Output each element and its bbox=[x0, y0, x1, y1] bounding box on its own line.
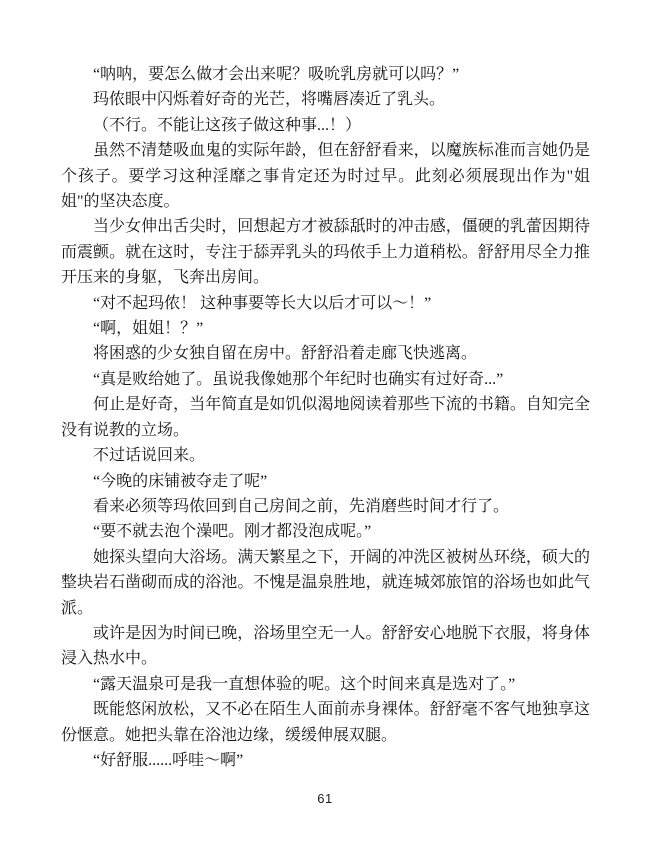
paragraph: 她探头望向大浴场。满天繁星之下，开阔的冲洗区被树丛环绕，硕大的整块岩石凿砌而成的… bbox=[61, 545, 590, 621]
paragraph: 何止是好奇，当年简直是如饥似渴地阅读着那些下流的书籍。自知完全没有说教的立场。 bbox=[61, 392, 590, 443]
paragraph: “呐呐，要怎么做才会出来呢？吸吮乳房就可以吗？” bbox=[61, 62, 590, 87]
paragraph: 当少女伸出舌尖时，回想起方才被舔舐时的冲击感，僵硬的乳蕾因期待而震颤。就在这时，… bbox=[61, 214, 590, 290]
text-content: “呐呐，要怎么做才会出来呢？吸吮乳房就可以吗？” 玛侬眼中闪烁着好奇的光芒，将嘴… bbox=[61, 62, 590, 773]
paragraph: 不过话说回来。 bbox=[61, 443, 590, 468]
paragraph: “啊，姐姐！？” bbox=[61, 316, 590, 341]
paragraph: 将困惑的少女独自留在房中。舒舒沿着走廊飞快逃离。 bbox=[61, 341, 590, 366]
document-page: “呐呐，要怎么做才会出来呢？吸吮乳房就可以吗？” 玛侬眼中闪烁着好奇的光芒，将嘴… bbox=[0, 0, 650, 850]
paragraph: 或许是因为时间已晚，浴场里空无一人。舒舒安心地脱下衣服，将身体浸入热水中。 bbox=[61, 621, 590, 672]
paragraph: 看来必须等玛侬回到自己房间之前，先消磨些时间才行了。 bbox=[61, 494, 590, 519]
paragraph: 虽然不清楚吸血鬼的实际年龄，但在舒舒看来，以魔族标准而言她仍是个孩子。要学习这种… bbox=[61, 138, 590, 214]
paragraph: “对不起玛侬！ 这种事要等长大以后才可以～！” bbox=[61, 291, 590, 316]
paragraph: “露天温泉可是我一直想体验的呢。这个时间来真是选对了。” bbox=[61, 672, 590, 697]
page-number: 61 bbox=[0, 791, 650, 806]
paragraph: “要不就去泡个澡吧。刚才都没泡成呢。” bbox=[61, 519, 590, 544]
paragraph: 既能悠闲放松，又不必在陌生人面前赤身裸体。舒舒毫不客气地独享这份惬意。她把头靠在… bbox=[61, 697, 590, 748]
paragraph: （不行。不能让这孩子做这种事...！） bbox=[61, 113, 590, 138]
paragraph: “好舒服......呼哇～啊” bbox=[61, 748, 590, 773]
paragraph: “真是败给她了。虽说我像她那个年纪时也确实有过好奇...” bbox=[61, 367, 590, 392]
paragraph: 玛侬眼中闪烁着好奇的光芒，将嘴唇凑近了乳头。 bbox=[61, 87, 590, 112]
paragraph: “今晚的床铺被夺走了呢” bbox=[61, 469, 590, 494]
